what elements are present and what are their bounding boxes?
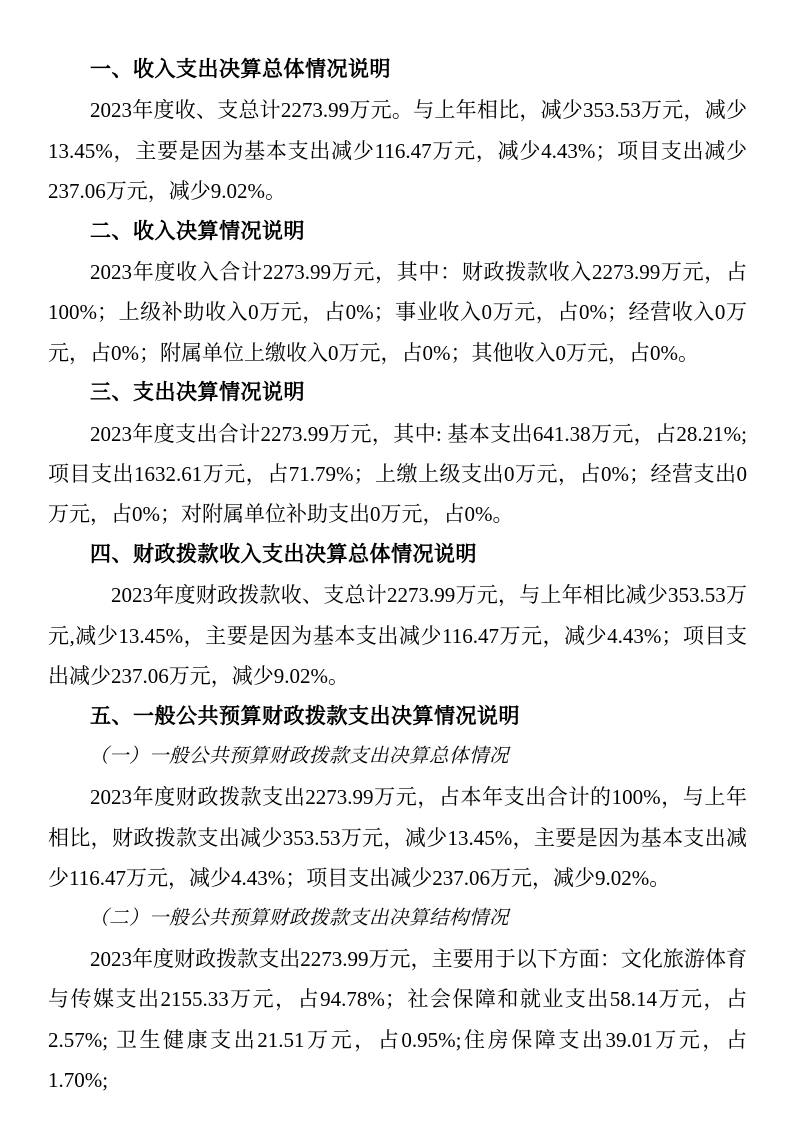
section-4-paragraph: 2023年度财政拨款收、支总计2273.99万元，与上年相比减少353.53万元… [48, 575, 747, 696]
document-page: 一、收入支出决算总体情况说明 2023年度收、支总计2273.99万元。与上年相… [0, 0, 793, 1122]
section-5-subsection-2-paragraph: 2023年度财政拨款支出2273.99万元，主要用于以下方面：文化旅游体育与传媒… [48, 939, 747, 1101]
section-1-heading: 一、收入支出决算总体情况说明 [48, 50, 747, 90]
section-3-paragraph: 2023年度支出合计2273.99万元，其中: 基本支出641.38万元，占28… [48, 414, 747, 535]
section-2-heading: 二、收入决算情况说明 [48, 212, 747, 252]
section-1-paragraph: 2023年度收、支总计2273.99万元。与上年相比，减少353.53万元，减少… [48, 90, 747, 211]
section-4-heading: 四、财政拨款收入支出决算总体情况说明 [48, 535, 747, 575]
section-5-subheading-1: （一）一般公共预算财政拨款支出决算总体情况 [48, 737, 747, 777]
section-5-subsection-1-paragraph: 2023年度财政拨款支出2273.99万元，占本年支出合计的100%，与上年相比… [48, 777, 747, 898]
section-3-heading: 三、支出决算情况说明 [48, 373, 747, 413]
section-5-subheading-2: （二）一般公共预算财政拨款支出决算结构情况 [48, 899, 747, 939]
section-2-paragraph: 2023年度收入合计2273.99万元，其中：财政拨款收入2273.99万元，占… [48, 252, 747, 373]
section-5-heading: 五、一般公共预算财政拨款支出决算情况说明 [48, 697, 747, 737]
